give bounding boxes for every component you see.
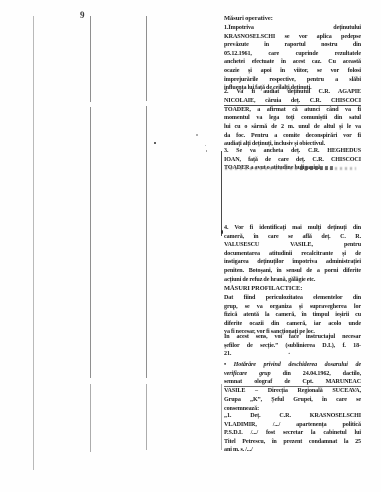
text-line: ocazie și apoi în viitor, se vor folosi: [224, 67, 361, 76]
scan-tear-artifact: [300, 166, 334, 170]
text-line-underlined: semnat olograf de Cpt. MARUNEAC: [224, 378, 361, 387]
text-fragment: 24.04.1962, dactilo,: [303, 371, 361, 377]
record-title-cont: verificare grup: [224, 371, 271, 377]
text-line: VALUSESCU VASILE, pentru: [224, 241, 361, 250]
text-line: acțiuni de refuz de hrană, gălăgie etc.: [224, 276, 361, 285]
text-line-underlined: NICOLAIE, căruia deț. C.R. CHISCOCI: [224, 97, 361, 106]
paragraph-7: • Hotărâre privind deschiderea dosarului…: [224, 361, 361, 413]
text-line: 2. Va fi audiat deținutul C.R. AGAPIE: [224, 88, 361, 97]
text-line: momentul va lega toți comuniștii din sat…: [224, 114, 361, 123]
scan-tear-artifact: [225, 167, 356, 170]
text-line: anchetei efectuate în acest caz. Cu acea…: [224, 58, 361, 67]
ink-speck: [196, 134, 198, 136]
text-line: P.S.D.I. /.../ fost secretar la cabinetu…: [224, 429, 361, 438]
text-line: 1.Împotriva deținutului: [224, 24, 361, 33]
text-line: fizică atentă la cameră, în timpul ieșir…: [224, 311, 361, 320]
section-heading-operative: Măsuri operative:: [224, 15, 361, 24]
table-column-line-2-upper: [90, 16, 91, 102]
text-line: VASILE – Direcția Regională SUCEAVA,: [224, 387, 361, 396]
table-column-line-3-upper: [146, 16, 147, 101]
text-line: grup, se va organiza și supravegherea lo…: [224, 303, 361, 312]
text-line: IOAN, față de care deț. C.R. CHISCOCI: [224, 156, 361, 165]
table-column-line-2-lower: [90, 384, 91, 452]
text-line: KRASNOSELSCHI se vor aplica pedepse: [224, 33, 361, 42]
table-column-line-4-lower: [221, 384, 222, 450]
table-column-line-4-middle: [221, 151, 222, 236]
separator-mark: ·: [288, 350, 290, 358]
text-line: lui cu o sârmă de 2 m. unul de altul și …: [224, 123, 361, 132]
text-line: 4. Vor fi identificați mai mulți deținuț…: [224, 224, 361, 233]
text-line: În acest sens, voi face instructajul nec…: [224, 333, 361, 342]
text-line: șefilor de secție.” (sublinierea D.I.), …: [224, 342, 361, 351]
ink-speck: [154, 142, 156, 144]
text-line: verificare grup din 24.04.1962, dactilo,: [224, 370, 361, 379]
heading-text: Măsuri operative:: [224, 15, 361, 24]
text-line: „1. Deț. C.R. KRASNOSELSCHI: [224, 412, 361, 421]
table-column-line-3-middle: [146, 106, 147, 378]
text-line: instigarea deținuților împotriva adminis…: [224, 258, 361, 267]
paragraph-4: 4. Vor fi identificați mai mulți deținuț…: [224, 224, 361, 284]
text-line: cameră, în care se află deț. C. R.: [224, 233, 361, 242]
text-line: prevăzute în raportul nostru din: [224, 41, 361, 50]
text-line: 05.12.1961, care cuprinde rezultatele: [224, 50, 361, 59]
text-line: documentarea atitudinii recalcitrante și…: [224, 250, 361, 259]
text-line: 3. Se va ancheta deț. C.R. HEGHEDUS: [224, 147, 361, 156]
paragraph-2: 2. Va fi audiat deținutul C.R. AGAPIE NI…: [224, 88, 361, 149]
bullet-icon: •: [224, 362, 226, 368]
text-line: Dat fiind periculozitatea elementelor di…: [224, 294, 361, 303]
ink-speck: [206, 150, 207, 152]
text-fragment: din: [283, 371, 291, 377]
heading-text: MĂSURI PROFILACTICE:: [224, 285, 361, 294]
text-line: • Hotărâre privind deschiderea dosarului…: [224, 361, 361, 370]
text-line: 21.: [224, 350, 361, 359]
page-number: 9: [80, 10, 85, 20]
table-column-line-1: [33, 16, 34, 470]
section-heading-profilactice: MĂSURI PROFILACTICE:: [224, 285, 361, 294]
ink-speck: [221, 230, 223, 234]
text-line: da foc. Pentru a comite deconspirări vor…: [224, 132, 361, 141]
text-line: TOADER, a afirmat că atunci când va fi: [224, 106, 361, 115]
table-column-line-2-middle: [90, 107, 91, 378]
text-line: ani m. s. /.../: [224, 446, 361, 455]
paragraph-1: 1.Împotriva deținutului KRASNOSELSCHI se…: [224, 24, 361, 93]
text-line: VLADIMIR, /.../ apartenența politică: [224, 421, 361, 430]
text-line: peniten. Botoșani, în sensul de a porni …: [224, 267, 361, 276]
text-line: împrejurările respective, pentru a slăbi: [224, 76, 361, 85]
scanned-document-page: 9 Măsuri operative: 1.Împotriva deținutu…: [0, 0, 381, 492]
ink-speck: [205, 145, 206, 146]
text-line: Titel Petrescu, în prezent condamnat la …: [224, 438, 361, 447]
text-line: diferite ocazii din cameră, iar acolo un…: [224, 320, 361, 329]
paragraph-6: În acest sens, voi face instructajul nec…: [224, 333, 361, 359]
table-column-line-3-lower: [146, 384, 147, 450]
paragraph-5: Dat fiind periculozitatea elementelor di…: [224, 294, 361, 337]
record-title: Hotărâre privind deschiderea dosarului d…: [234, 362, 361, 368]
text-line: Grupa „K”, Șeful Grupei, în care se: [224, 396, 361, 405]
paragraph-8: „1. Deț. C.R. KRASNOSELSCHI VLADIMIR, /.…: [224, 412, 361, 455]
